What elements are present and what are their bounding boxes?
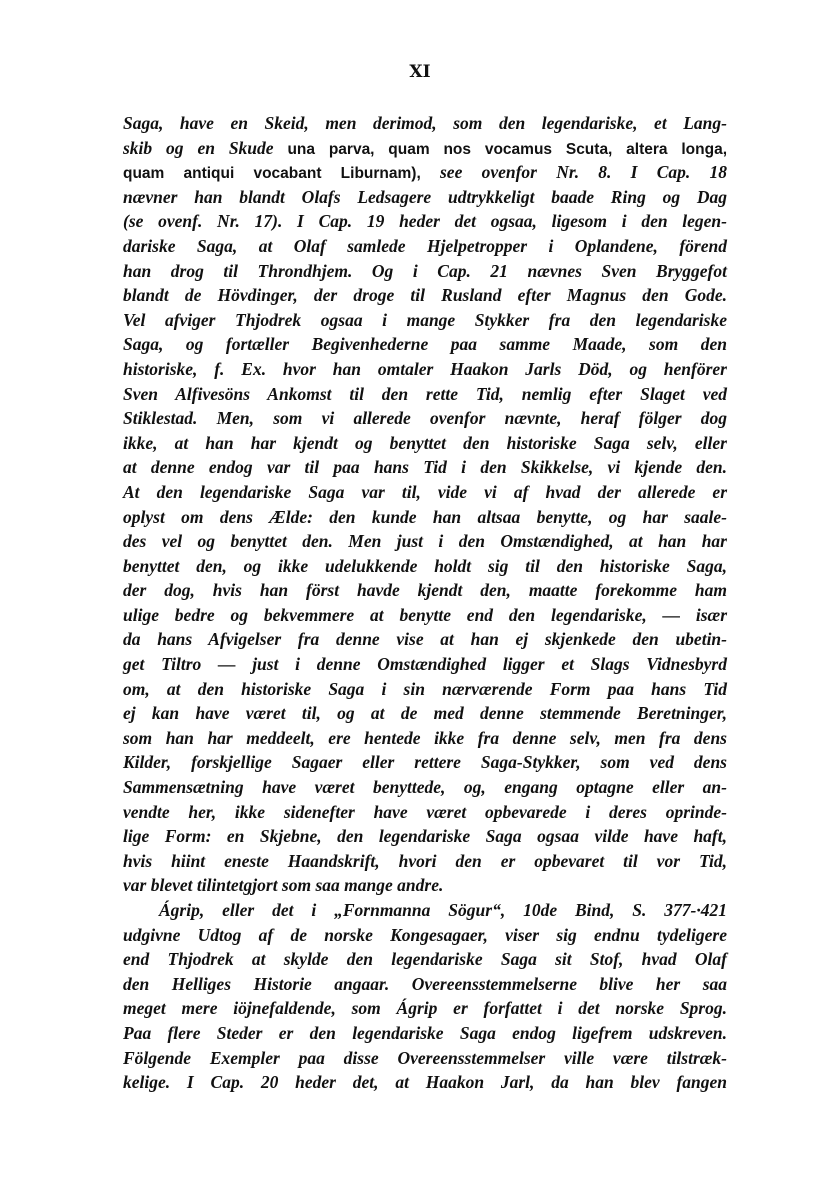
- text-line: dariske Saga, at Olaf samlede Hjelpetrop…: [123, 234, 727, 259]
- text-line: historiske, f. Ex. hvor han omtaler Haak…: [123, 357, 727, 382]
- text-line: Paa flere Steder er den legendariske Sag…: [123, 1021, 727, 1046]
- text-line: han drog til Throndhjem. Og i Cap. 21 næ…: [123, 259, 727, 284]
- text-line: oplyst om dens Ælde: den kunde han altsa…: [123, 505, 727, 530]
- text-line: (se ovenf. Nr. 17). I Cap. 19 heder det …: [123, 209, 727, 234]
- text-line-mixed: quam antiqui vocabant Liburnam), see ove…: [123, 160, 727, 185]
- text-line: udgivne Udtog af de norske Kongesagaer, …: [123, 923, 727, 948]
- text-line: Saga, og fortæller Begivenhederne paa sa…: [123, 332, 727, 357]
- text-line: des vel og benyttet den. Men just i den …: [123, 529, 727, 554]
- text-line: den Helliges Historie angaar. Overeensst…: [123, 972, 727, 997]
- text-line: at denne endog var til paa hans Tid i de…: [123, 455, 727, 480]
- text-line: ulige bedre og bekvemmere at benytte end…: [123, 603, 727, 628]
- paragraph-start-line: Ágrip, eller det i „Fornmanna Sögur“, 10…: [123, 898, 727, 923]
- text-line: Fölgende Exempler paa disse Overeensstem…: [123, 1046, 727, 1071]
- text-line: ikke, at han har kjendt og benyttet den …: [123, 431, 727, 456]
- text-line-mixed: skib og en Skude una parva, quam nos voc…: [123, 136, 727, 161]
- text-line: der dog, hvis han först havde kjendt den…: [123, 578, 727, 603]
- body-text: Saga, have en Skeid, men derimod, som de…: [123, 111, 727, 1095]
- text-line: om, at den historiske Saga i sin nærvære…: [123, 677, 727, 702]
- text-line: Stiklestad. Men, som vi allerede ovenfor…: [123, 406, 727, 431]
- text-line: Sammensætning have været benyttede, og, …: [123, 775, 727, 800]
- text-line: At den legendariske Saga var til, vide v…: [123, 480, 727, 505]
- text-line: Sven Alfivesöns Ankomst til den rette Ti…: [123, 382, 727, 407]
- text-line: hvis hiint eneste Haandskrift, hvori den…: [123, 849, 727, 874]
- text-line: end Thjodrek at skylde den legendariske …: [123, 947, 727, 972]
- text-line: ej kan have været til, og at de med denn…: [123, 701, 727, 726]
- text-line: benyttet den, og ikke udelukkende holdt …: [123, 554, 727, 579]
- text-line: som han har meddeelt, ere hentede ikke f…: [123, 726, 727, 751]
- text-line: lige Form: en Skjebne, den legendariske …: [123, 824, 727, 849]
- text-line: kelige. I Cap. 20 heder det, at Haakon J…: [123, 1070, 727, 1095]
- italic-segment: see ovenfor Nr. 8. I Cap. 18: [421, 162, 727, 182]
- text-line: Vel afviger Thjodrek ogsaa i mange Stykk…: [123, 308, 727, 333]
- latin-quote: quam antiqui vocabant Liburnam),: [123, 165, 421, 182]
- text-line: get Tiltro — just i denne Omstændighed l…: [123, 652, 727, 677]
- text-line: nævner han blandt Olafs Ledsagere udtryk…: [123, 185, 727, 210]
- text-line: blandt de Hövdinger, der droge til Rusla…: [123, 283, 727, 308]
- text-line: Saga, have en Skeid, men derimod, som de…: [123, 111, 727, 136]
- latin-quote: una parva, quam nos vocamus Scuta, alter…: [287, 141, 727, 158]
- text-line: vendte her, ikke sidenefter have været o…: [123, 800, 727, 825]
- text-line: da hans Afvigelser fra denne vise at han…: [123, 627, 727, 652]
- page-number: XI: [0, 62, 840, 82]
- paragraph-end-line: var blevet tilintetgjort som saa mange a…: [123, 873, 727, 898]
- text-line: Kilder, forskjellige Sagaer eller retter…: [123, 750, 727, 775]
- text-line: meget mere iöjnefaldende, som Ágrip er f…: [123, 996, 727, 1021]
- italic-segment: skib og en Skude: [123, 138, 287, 158]
